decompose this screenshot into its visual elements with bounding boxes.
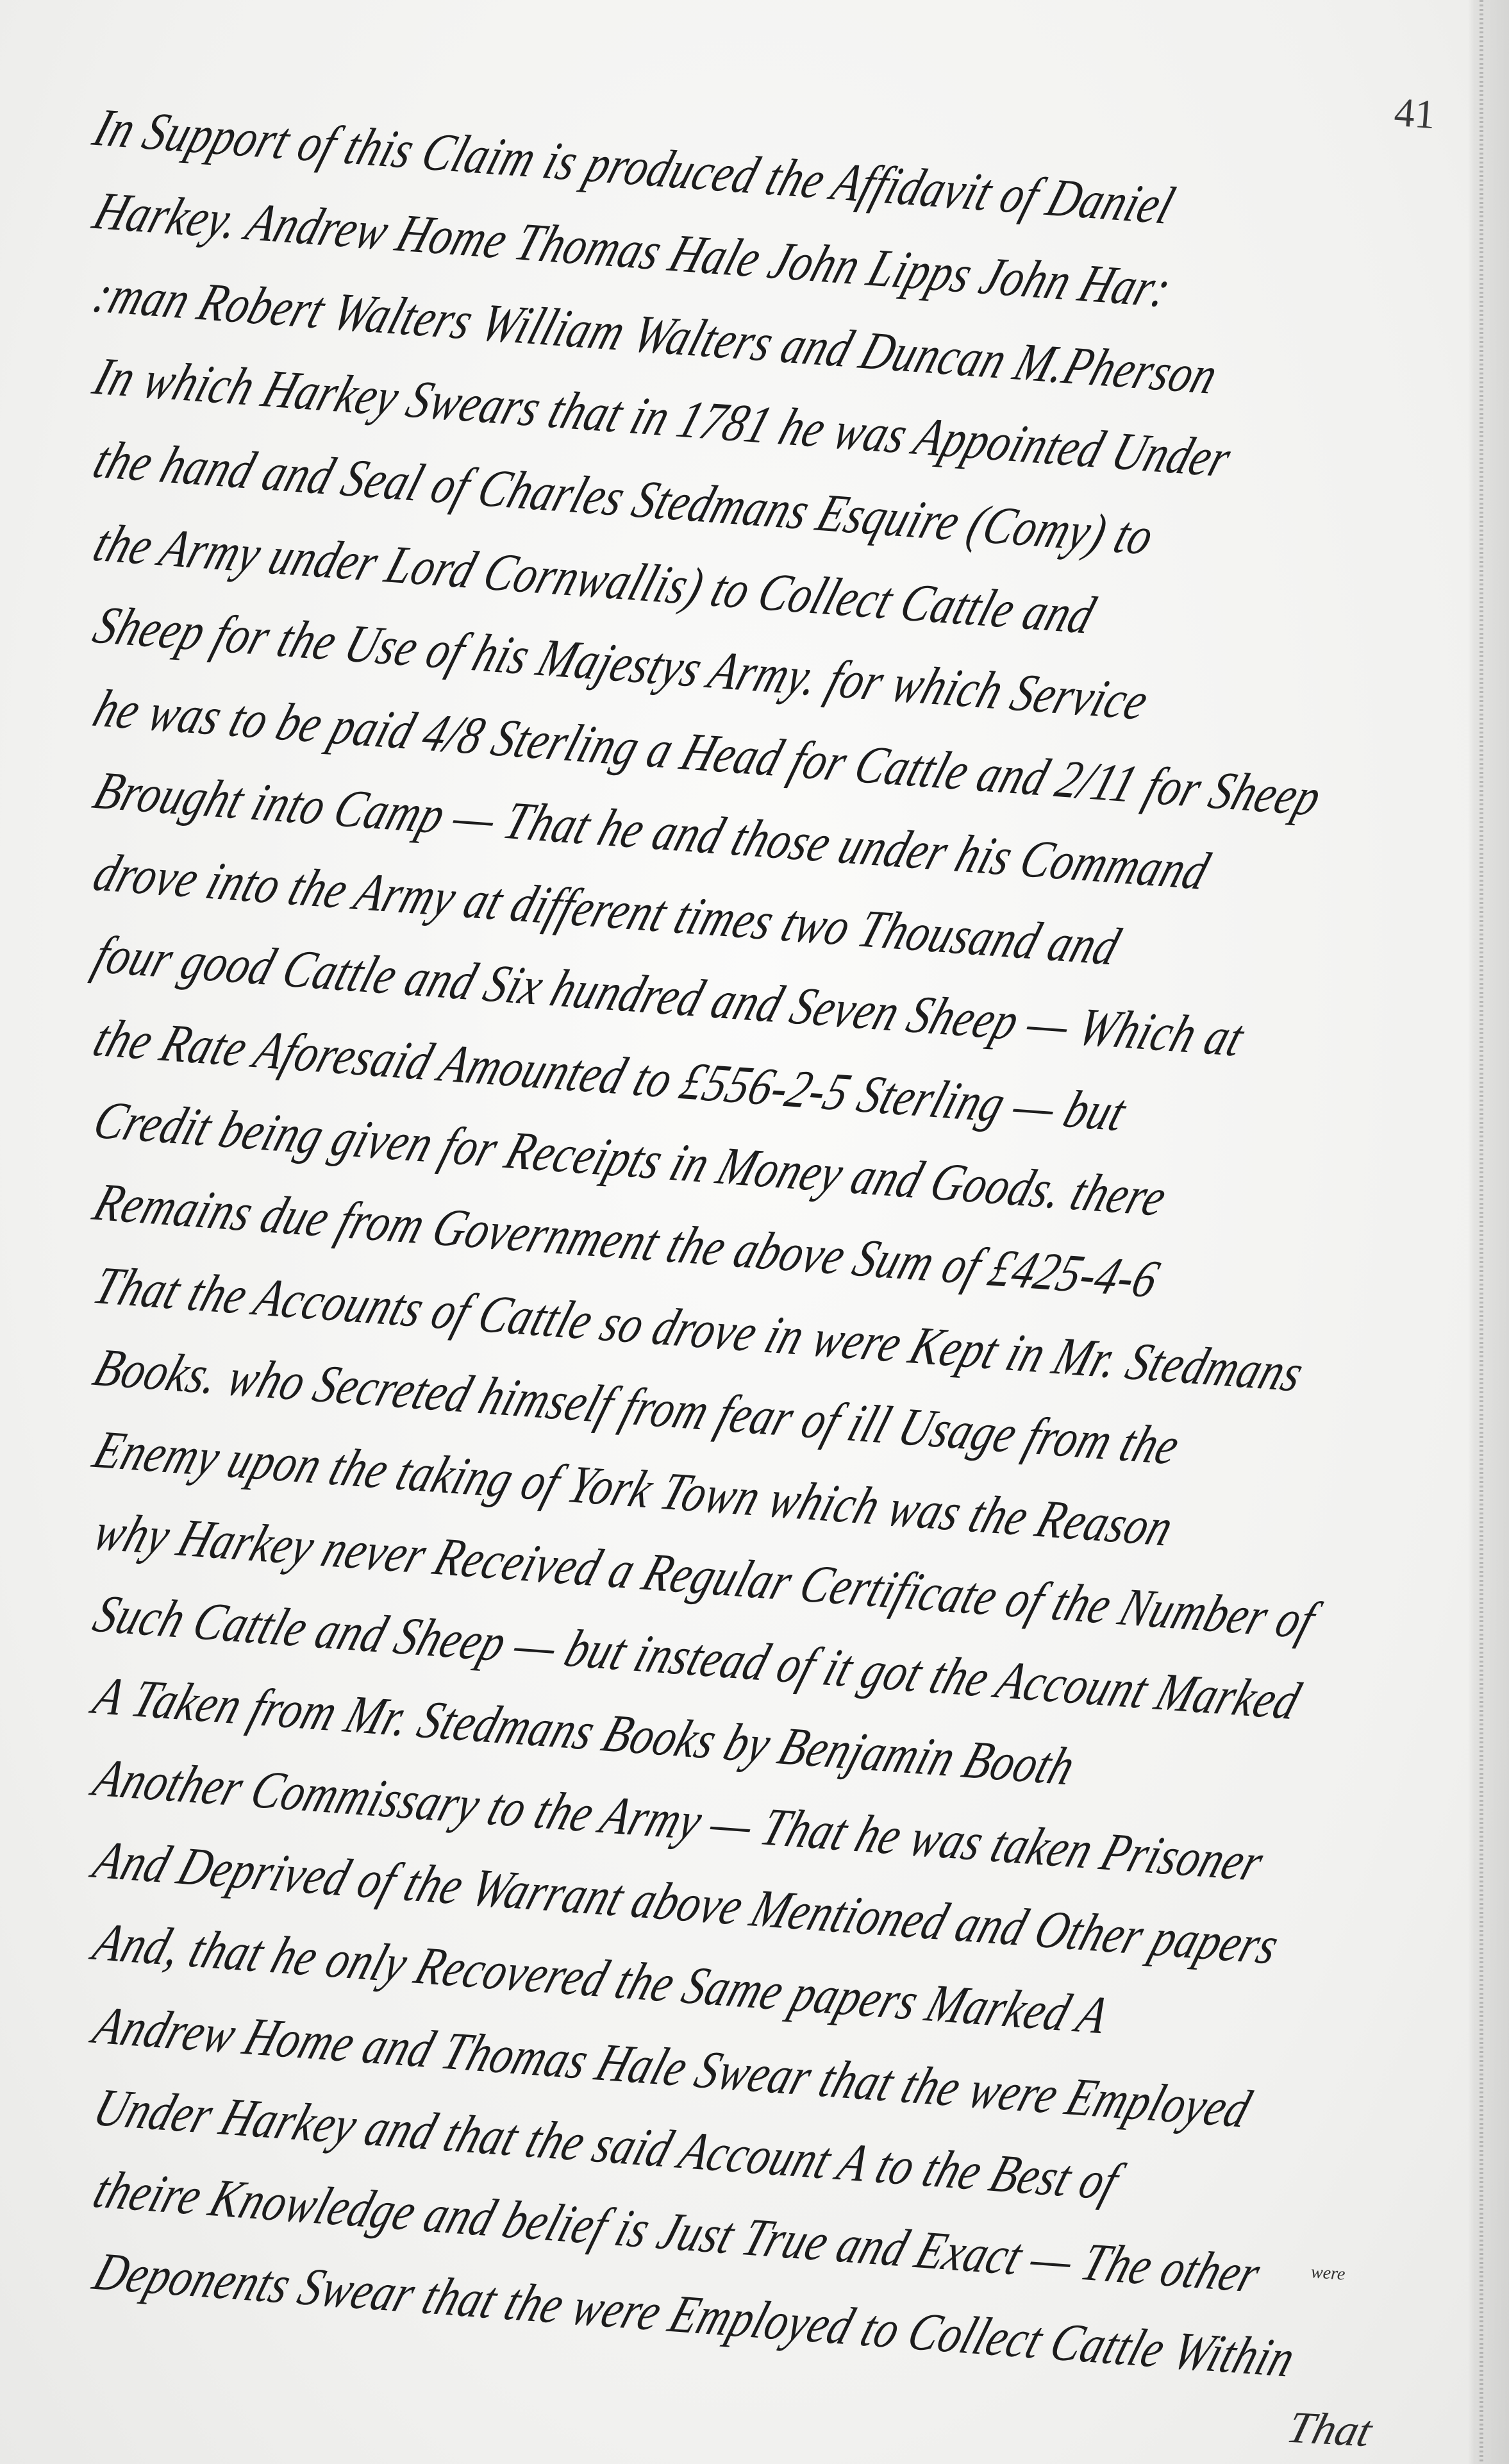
interlinear-insertion: were <box>1310 2262 1346 2285</box>
manuscript-page: 41 In Support of this Claim is produced … <box>0 0 1509 2464</box>
folio-number: 41 <box>1392 88 1437 138</box>
binding-edge <box>1480 0 1483 2464</box>
catchword: That <box>1282 2402 1378 2458</box>
